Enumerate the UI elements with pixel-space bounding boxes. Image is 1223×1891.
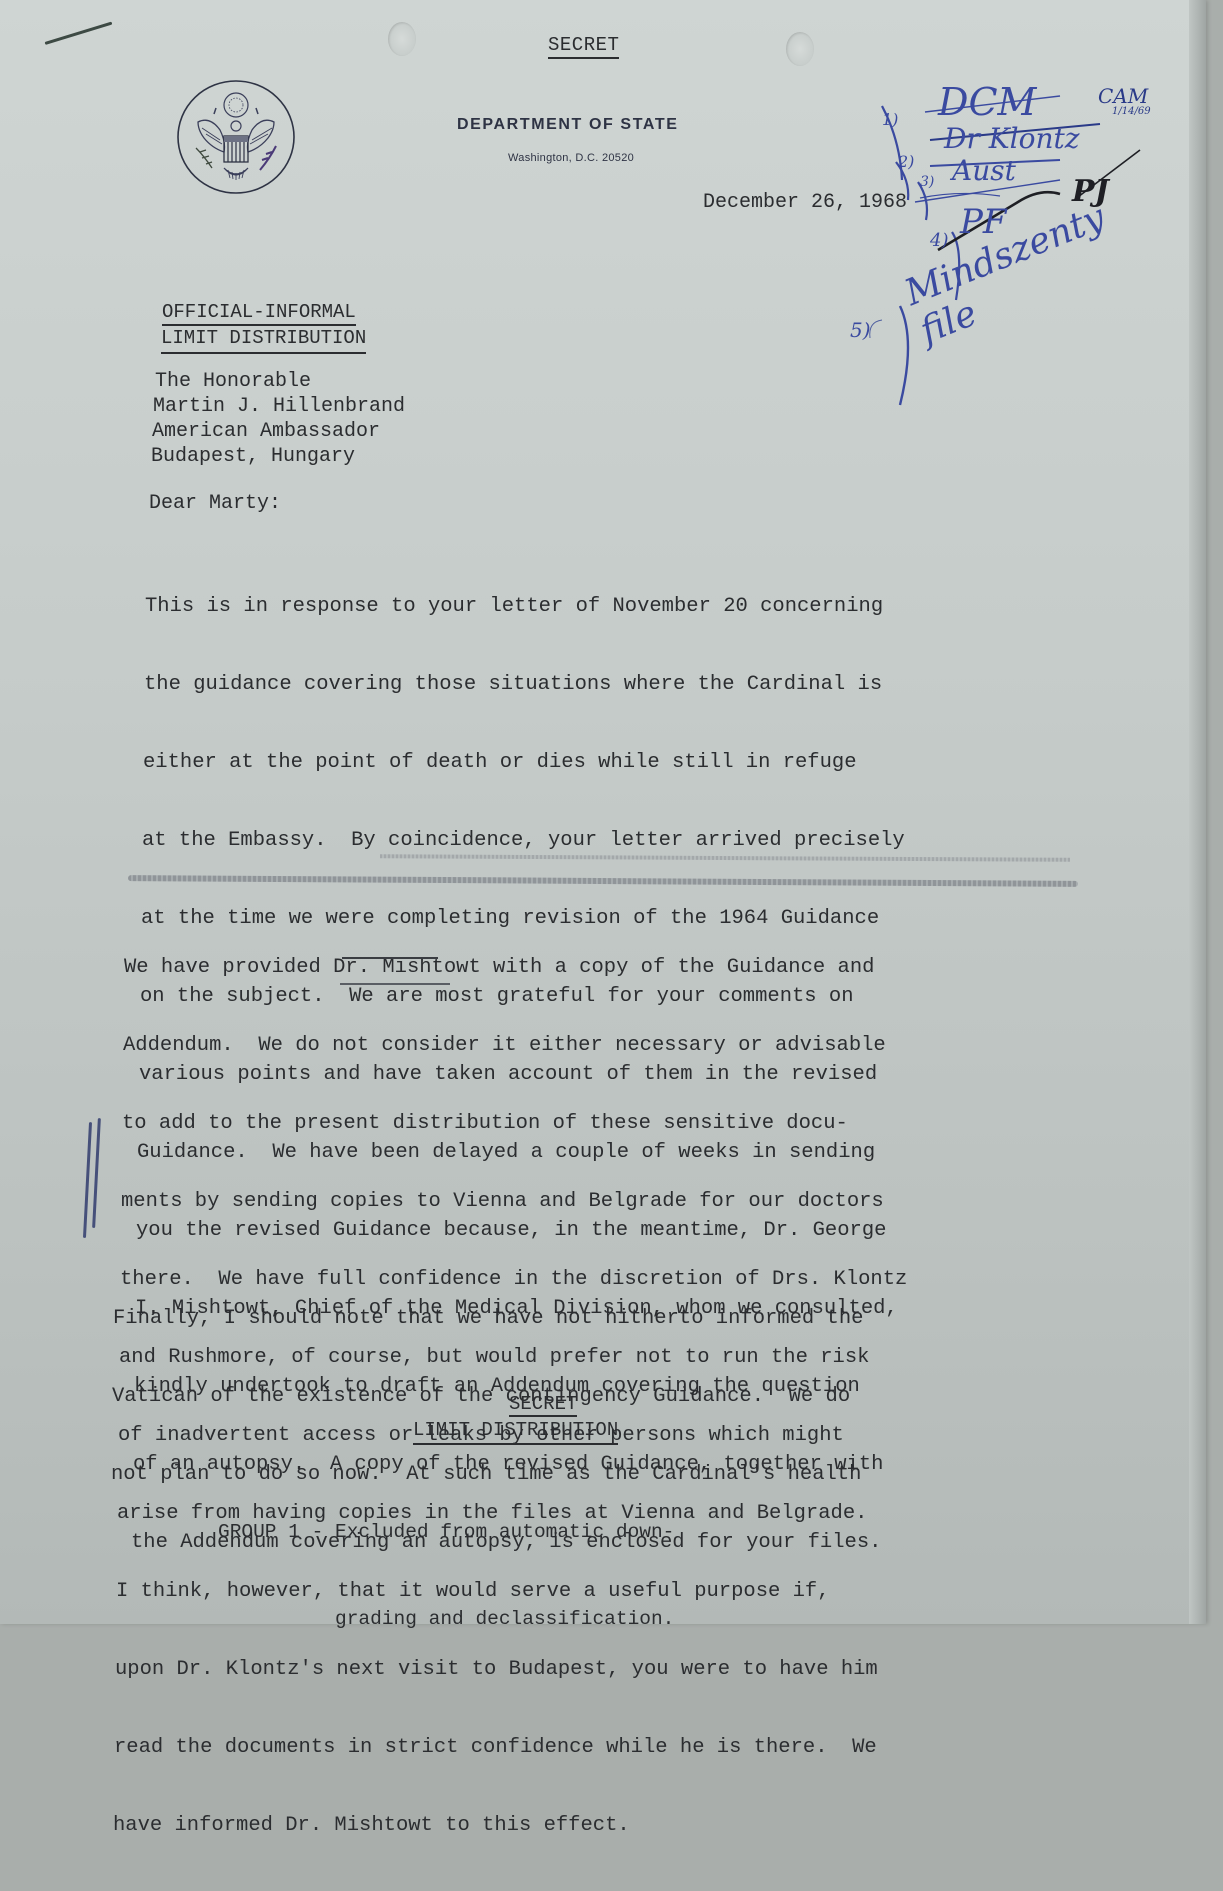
initials-date: 1/14/69: [1112, 106, 1151, 117]
routing-item: Aust: [952, 154, 1016, 187]
routing-number: 2): [898, 152, 914, 171]
group-line: grading and declassification.: [218, 1605, 674, 1624]
text-line: the guidance covering those situations w…: [144, 672, 905, 698]
text-line: at the Embassy. By coincidence, your let…: [142, 828, 905, 854]
classification-line: LIMIT DISTRIBUTION: [161, 326, 366, 354]
classification-text: SECRET: [509, 1393, 577, 1417]
recipient-block: The Honorable Martin J. Hillenbrand Amer…: [155, 369, 405, 469]
classification-top: SECRET: [548, 34, 619, 59]
recipient-line: American Ambassador: [152, 419, 405, 444]
page-edge: [1189, 0, 1206, 1624]
margin-mark: [83, 1122, 92, 1238]
margin-mark: [92, 1118, 101, 1228]
routing-number: 3): [920, 174, 934, 190]
routing-item: Dr Klontz: [944, 122, 1080, 155]
recipient-line: The Honorable: [155, 369, 405, 394]
text-line: We have provided Dr. Mishtowt with a cop…: [124, 955, 907, 981]
recipient-line: Budapest, Hungary: [151, 444, 405, 469]
routing-number: 1): [882, 110, 898, 129]
pen-underline: [342, 957, 438, 959]
document-page: SECRET DEPARTMENT OF STATE Washington, D…: [0, 0, 1206, 1624]
routing-item: DCM: [938, 80, 1036, 124]
text-line: This is in response to your letter of No…: [145, 594, 905, 620]
routing-number: 4): [930, 230, 948, 251]
text-line: either at the point of death or dies whi…: [143, 750, 905, 776]
text-line: ments by sending copies to Vienna and Be…: [121, 1189, 907, 1215]
group-line: GROUP 1 - Excluded from automatic down-: [218, 1518, 674, 1547]
initials: PJ: [1072, 174, 1109, 209]
distribution-bottom: LIMIT DISTRIBUTION: [413, 1419, 618, 1445]
routing-number: 5): [850, 318, 871, 342]
classification-bottom: SECRET: [509, 1393, 577, 1415]
text-line: to add to the present distribution of th…: [122, 1111, 907, 1137]
declassification-group: GROUP 1 - Excluded from automatic down- …: [218, 1460, 674, 1624]
punch-hole: [786, 32, 814, 66]
department-name: DEPARTMENT OF STATE: [457, 116, 679, 134]
initials: CAM: [1098, 84, 1148, 108]
handwritten-routing: 1) DCM 2) Dr Klontz 3) Aust 4) PF 5) Min…: [860, 70, 1190, 410]
salutation: Dear Marty:: [149, 492, 281, 515]
text-line: Vatican of the existence of the continge…: [112, 1384, 863, 1410]
recipient-line: Martin J. Hillenbrand: [153, 394, 405, 419]
text-line: Finally, I should note that we have not …: [113, 1306, 863, 1332]
pencil-mark: [45, 22, 113, 45]
great-seal-icon: [176, 78, 296, 196]
classification-line: OFFICIAL-INFORMAL: [162, 300, 356, 326]
department-address: Washington, D.C. 20520: [508, 152, 634, 164]
text-line: Addendum. We do not consider it either n…: [123, 1033, 907, 1059]
pen-underline: [340, 983, 450, 985]
punch-hole: [388, 22, 416, 56]
classification-block: OFFICIAL-INFORMAL LIMIT DISTRIBUTION: [162, 300, 366, 354]
